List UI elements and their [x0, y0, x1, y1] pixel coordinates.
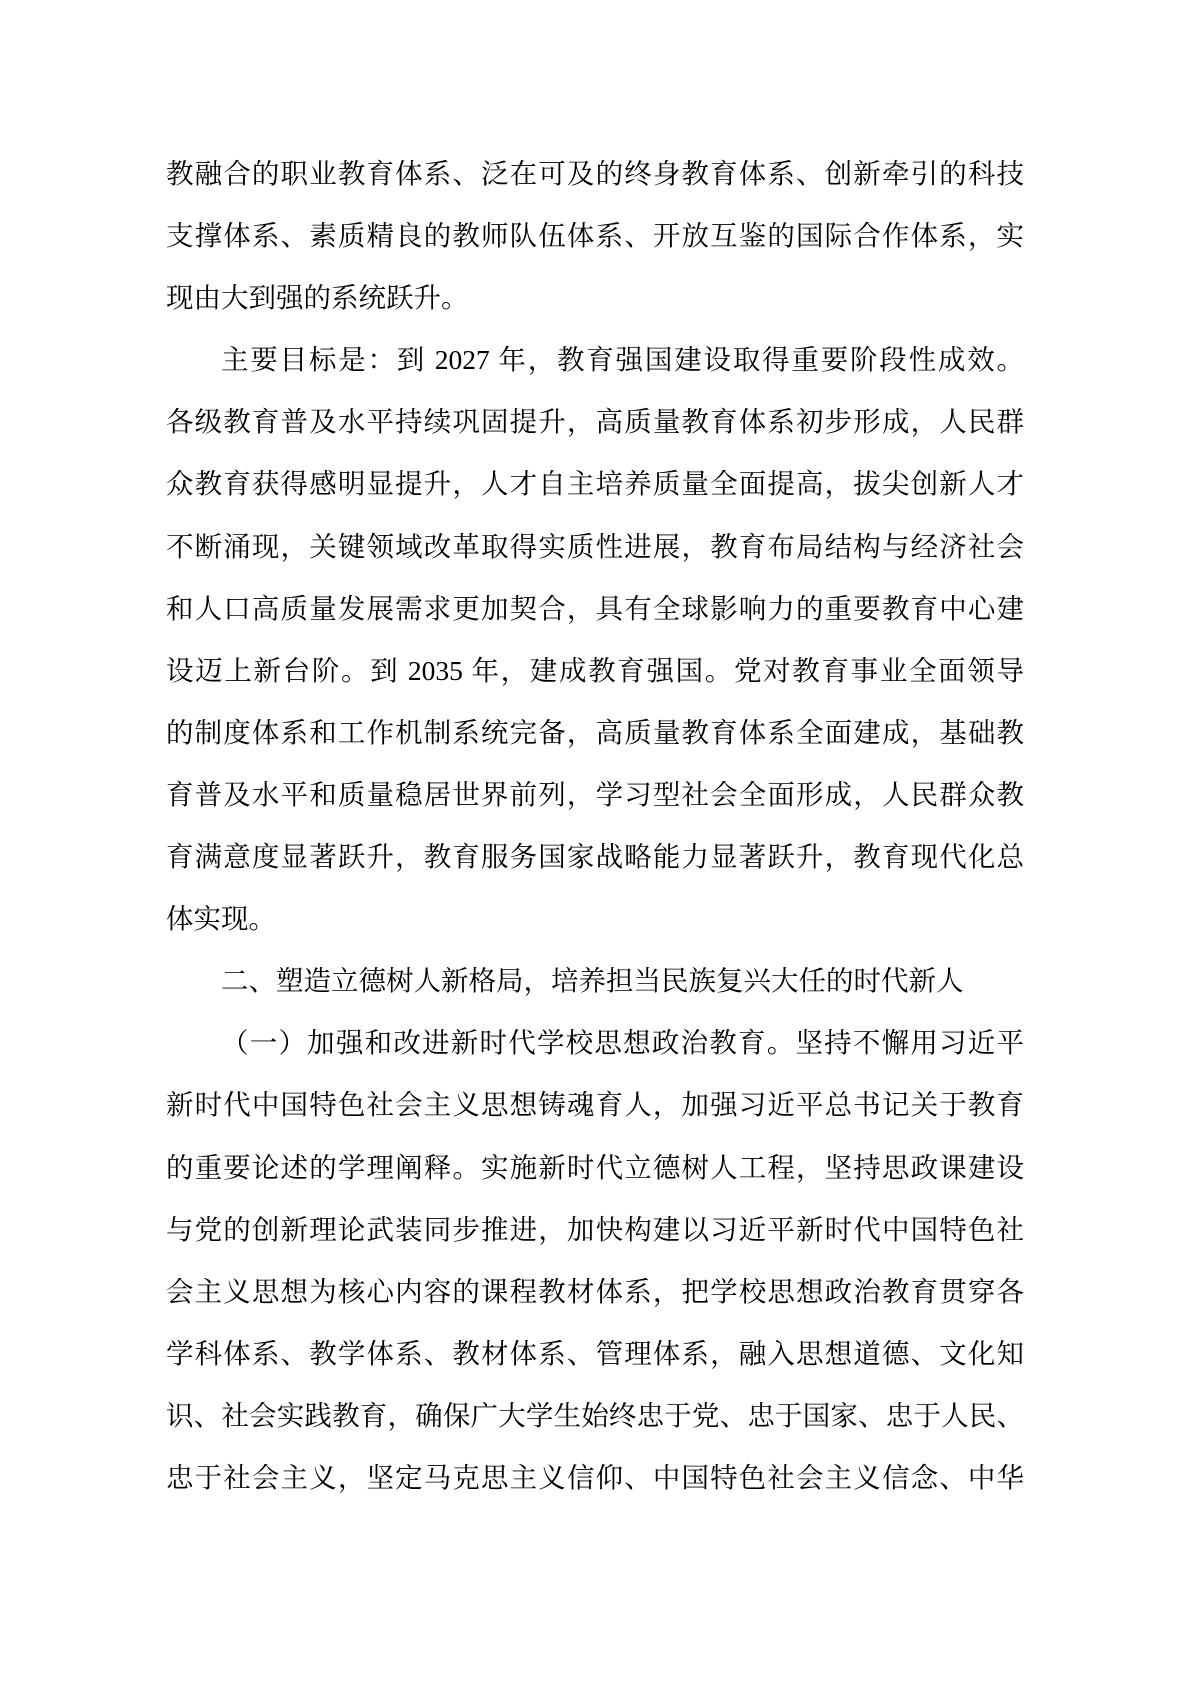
body-text-line: 忠于社会主义，坚定马克思主义信仰、中国特色社会主义信念、中华 [166, 1447, 1024, 1509]
document-text-block: 教融合的职业教育体系、泛在可及的终身教育体系、创新牵引的科技支撑体系、素质精良的… [166, 143, 1024, 1509]
body-text-line: 和人口高质量发展需求更加契合，具有全球影响力的重要教育中心建 [166, 578, 1024, 640]
body-text-line: 与党的创新理论武装同步推进，加快构建以习近平新时代中国特色社 [166, 1199, 1024, 1261]
section-heading-line: 二、塑造立德树人新格局，培养担当民族复兴大任的时代新人 [166, 950, 1024, 1012]
body-text-line: 的制度体系和工作机制系统完备，高质量教育体系全面建成，基础教 [166, 702, 1024, 764]
body-text-line: 会主义思想为核心内容的课程教材体系，把学校思想政治教育贯穿各 [166, 1261, 1024, 1323]
body-text-line: 体实现。 [166, 888, 1024, 950]
body-text-line: 不断涌现，关键领域改革取得实质性进展，教育布局结构与经济社会 [166, 516, 1024, 578]
body-text-line: 的重要论述的学理阐释。实施新时代立德树人工程，坚持思政课建设 [166, 1137, 1024, 1199]
body-text-line: 识、社会实践教育，确保广大学生始终忠于党、忠于国家、忠于人民、 [166, 1385, 1024, 1447]
body-text-line: 教融合的职业教育体系、泛在可及的终身教育体系、创新牵引的科技 [166, 143, 1024, 205]
body-text-line: 新时代中国特色社会主义思想铸魂育人，加强习近平总书记关于教育 [166, 1074, 1024, 1136]
body-text-line: 现由大到强的系统跃升。 [166, 267, 1024, 329]
body-text-line: 众教育获得感明显提升，人才自主培养质量全面提高，拔尖创新人才 [166, 453, 1024, 515]
body-text-line: 支撑体系、素质精良的教师队伍体系、开放互鉴的国际合作体系，实 [166, 205, 1024, 267]
body-text-line: 主要目标是：到 2027 年，教育强国建设取得重要阶段性成效。 [166, 329, 1024, 391]
body-text-line: 各级教育普及水平持续巩固提升，高质量教育体系初步形成，人民群 [166, 391, 1024, 453]
body-text-line: 育普及水平和质量稳居世界前列，学习型社会全面形成，人民群众教 [166, 764, 1024, 826]
body-text-line: （一）加强和改进新时代学校思想政治教育。坚持不懈用习近平 [166, 1012, 1024, 1074]
body-text-line: 学科体系、教学体系、教材体系、管理体系，融入思想道德、文化知 [166, 1323, 1024, 1385]
body-text-line: 设迈上新台阶。到 2035 年，建成教育强国。党对教育事业全面领导 [166, 640, 1024, 702]
document-page: 教融合的职业教育体系、泛在可及的终身教育体系、创新牵引的科技支撑体系、素质精良的… [0, 0, 1191, 1684]
body-text-line: 育满意度显著跃升，教育服务国家战略能力显著跃升，教育现代化总 [166, 826, 1024, 888]
